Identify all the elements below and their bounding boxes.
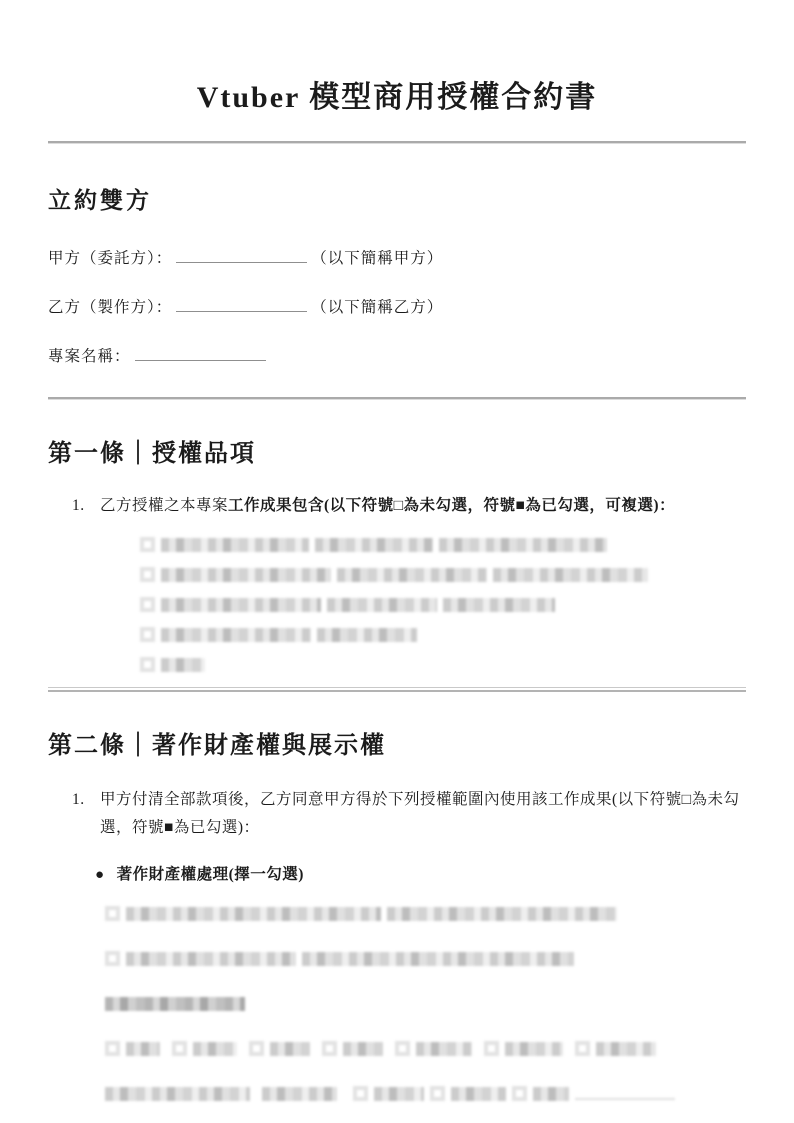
redacted-checkbox-icon <box>140 657 155 672</box>
section2-item-1: 1. 甲方付清全部款項後，乙方同意甲方得於下列授權範圍內使用該工作成果(以下符號… <box>48 786 746 842</box>
party-a-line: 甲方（委託方）：（以下簡稱甲方） <box>48 246 746 268</box>
redacted-text <box>533 1087 569 1101</box>
redacted-text <box>596 1042 656 1056</box>
redacted-text <box>416 1042 472 1056</box>
section-divider <box>48 397 746 400</box>
party-a-suffix: （以下簡稱甲方） <box>311 250 443 267</box>
redacted-text <box>505 1042 563 1056</box>
redacted-checkbox-icon <box>105 906 120 921</box>
bullet-icon: ● <box>95 867 105 883</box>
redacted-blank-field <box>575 1088 675 1100</box>
redacted-text <box>387 907 617 921</box>
redacted-text <box>126 907 381 921</box>
redacted-gap <box>343 1087 353 1101</box>
item-text-bold: 工作成果包含(以下符號□為未勾選，符號■為已勾選，可複選)： <box>228 497 675 514</box>
redacted-checkbox-icon <box>249 1041 264 1056</box>
redacted-checkbox-icon <box>140 567 155 582</box>
project-name-label: 專案名稱： <box>48 348 131 365</box>
redacted-row <box>140 567 746 583</box>
section1-heading: 第一條｜授權品項 <box>48 433 746 468</box>
redacted-checkbox-icon <box>322 1041 337 1056</box>
redacted-row <box>140 597 746 613</box>
redacted-text <box>439 538 607 552</box>
bullet-text: 著作財產權處理(擇一勾選) <box>117 866 304 883</box>
redacted-text <box>337 568 487 582</box>
contract-page: Vtuber 模型商用授權合約書 立約雙方 甲方（委託方）：（以下簡稱甲方） 乙… <box>0 0 794 1102</box>
copyright-handling-bullet: ●著作財產權處理(擇一勾選) <box>48 862 746 884</box>
redacted-row <box>105 906 746 922</box>
redacted-text <box>374 1087 424 1101</box>
section1-item-1-text: 乙方授權之本專案工作成果包含(以下符號□為未勾選，符號■為已勾選，可複選)： <box>100 492 746 520</box>
party-b-suffix: （以下簡稱乙方） <box>311 299 443 316</box>
redacted-checkbox-icon <box>140 597 155 612</box>
section1-item-1: 1. 乙方授權之本專案工作成果包含(以下符號□為未勾選，符號■為已勾選，可複選)… <box>48 492 746 520</box>
item-text-regular: 乙方授權之本專案 <box>100 497 228 514</box>
party-a-label: 甲方（委託方）： <box>48 250 172 267</box>
party-b-line: 乙方（製作方）：（以下簡稱乙方） <box>48 295 746 317</box>
project-name-blank-field <box>135 348 266 361</box>
redacted-checkbox-icon <box>105 951 120 966</box>
redacted-checkbox-icon <box>484 1041 499 1056</box>
party-a-blank-field <box>176 250 307 263</box>
redacted-row <box>105 951 746 967</box>
redacted-text <box>317 628 417 642</box>
redacted-checkbox-icon <box>575 1041 590 1056</box>
redacted-checkbox-icon <box>140 627 155 642</box>
redacted-text <box>105 997 245 1011</box>
section1-redacted-checklist <box>48 537 746 673</box>
redacted-text <box>105 1087 250 1101</box>
redacted-checkbox-icon <box>512 1086 527 1101</box>
redacted-row <box>140 537 746 553</box>
section2-item-1-text: 甲方付清全部款項後，乙方同意甲方得於下列授權範圍內使用該工作成果(以下符號□為未… <box>100 786 746 842</box>
redacted-text <box>302 952 574 966</box>
redacted-text <box>270 1042 310 1056</box>
list-number: 1. <box>72 492 100 520</box>
redacted-checkbox-icon <box>140 537 155 552</box>
section-divider <box>48 687 746 692</box>
redacted-row <box>105 1086 746 1102</box>
redacted-text <box>161 598 321 612</box>
redacted-row <box>140 627 746 643</box>
party-b-blank-field <box>176 299 307 312</box>
list-number: 1. <box>72 786 100 842</box>
redacted-checkbox-icon <box>353 1086 368 1101</box>
page-title: Vtuber 模型商用授權合約書 <box>48 0 746 116</box>
redacted-text <box>262 1087 337 1101</box>
redacted-checkbox-icon <box>395 1041 410 1056</box>
redacted-text <box>126 952 296 966</box>
redacted-checkbox-icon <box>172 1041 187 1056</box>
redacted-text <box>193 1042 237 1056</box>
redacted-text <box>343 1042 383 1056</box>
redacted-row <box>140 657 746 673</box>
parties-heading: 立約雙方 <box>48 182 746 215</box>
redacted-text <box>161 628 311 642</box>
redacted-text <box>161 538 309 552</box>
redacted-text <box>161 658 205 672</box>
redacted-text <box>493 568 648 582</box>
section-divider <box>48 141 746 144</box>
redacted-text <box>443 598 555 612</box>
redacted-row <box>105 1041 746 1057</box>
project-name-line: 專案名稱： <box>48 344 746 366</box>
redacted-checkbox-icon <box>430 1086 445 1101</box>
redacted-text <box>161 568 331 582</box>
redacted-text <box>327 598 437 612</box>
redacted-text <box>126 1042 160 1056</box>
section2-heading: 第二條｜著作財產權與展示權 <box>48 725 746 760</box>
redacted-text <box>451 1087 506 1101</box>
party-b-label: 乙方（製作方）： <box>48 299 172 316</box>
section2-redacted-checklist <box>48 906 746 1102</box>
redacted-row <box>105 996 746 1012</box>
redacted-checkbox-icon <box>105 1041 120 1056</box>
redacted-text <box>315 538 433 552</box>
